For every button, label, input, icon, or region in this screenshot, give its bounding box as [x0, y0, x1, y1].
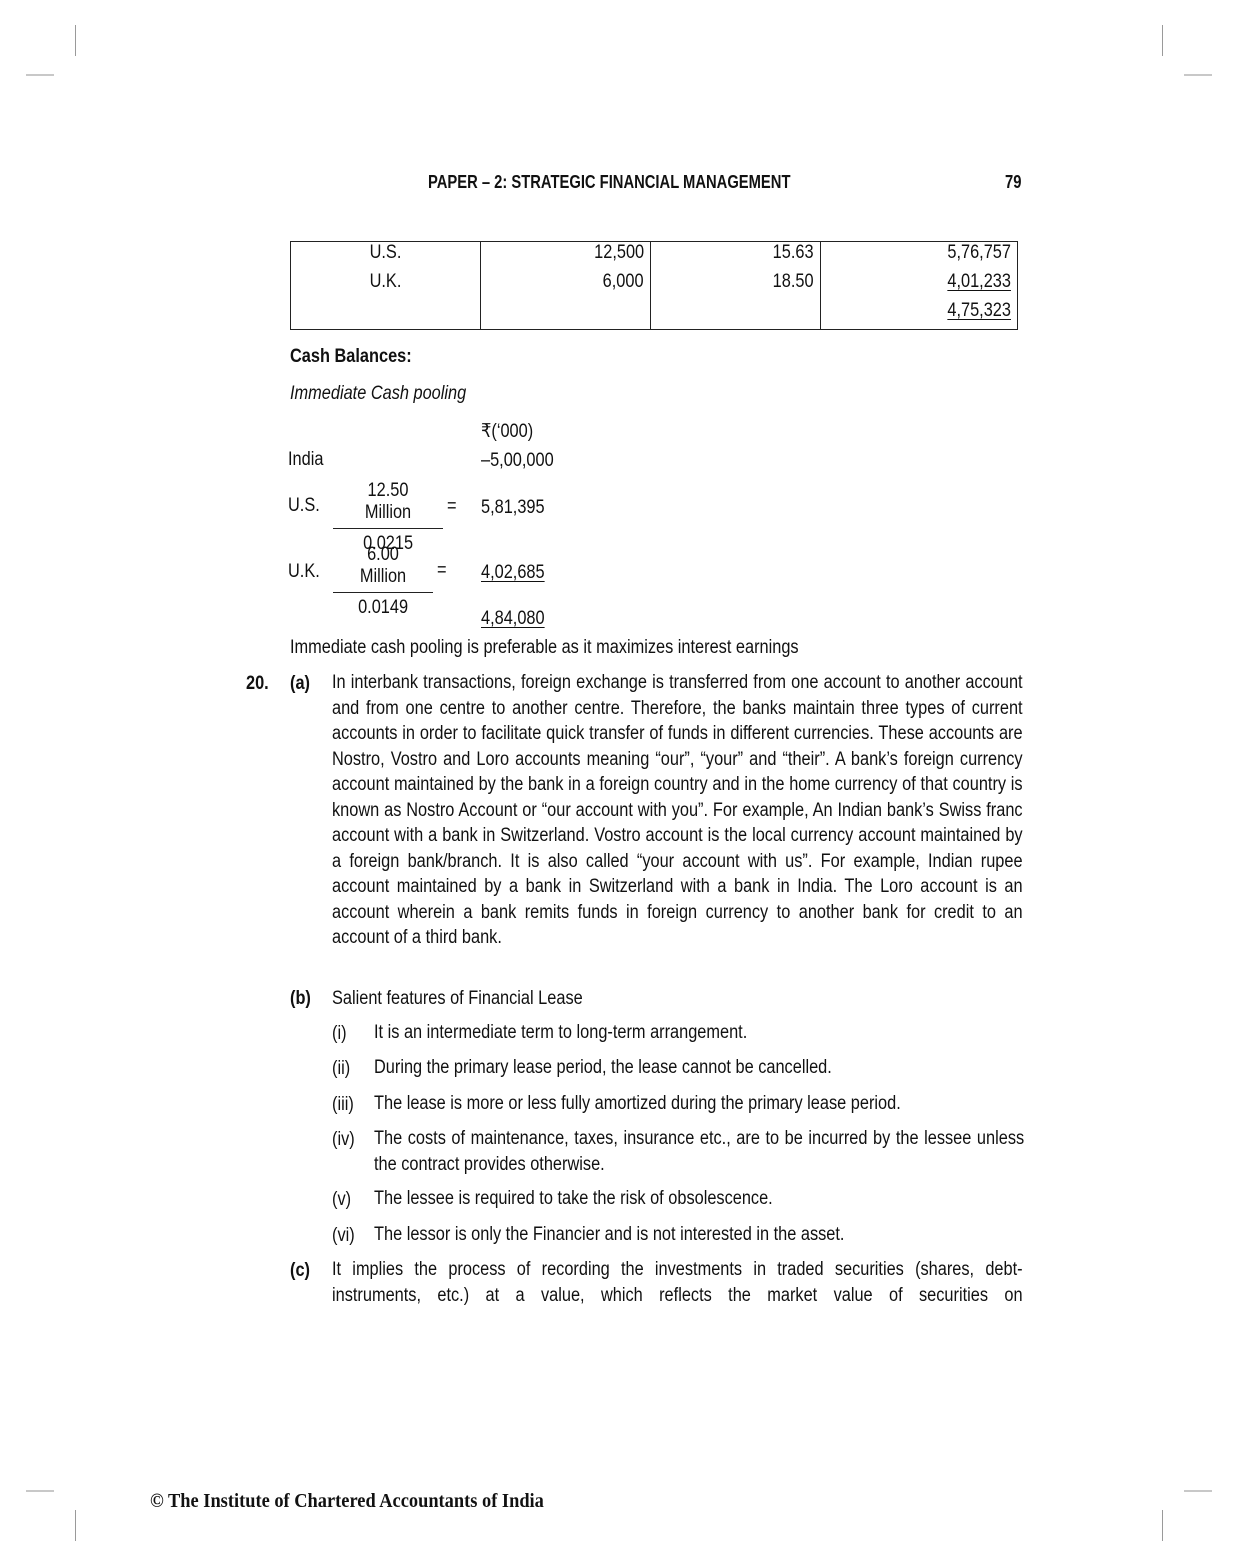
table-row: U.K. 6,000 18.50 4,01,233 — [291, 271, 1018, 300]
uk-value: 4,02,685 — [481, 562, 545, 584]
section-subheading: Immediate Cash pooling — [290, 383, 466, 405]
crop-mark — [1184, 1490, 1212, 1492]
part-b-title: Salient features of Financial Lease — [332, 988, 583, 1010]
part-c-text: It implies the process of recording the … — [332, 1257, 1022, 1308]
equals-sign: = — [447, 496, 457, 518]
list-item-number: (ii) — [332, 1058, 350, 1080]
part-a-label: (a) — [290, 673, 310, 695]
uk-numerator: 6.00 Million — [342, 544, 425, 588]
running-header-title: PAPER – 2: STRATEGIC FINANCIAL MANAGEMEN… — [428, 172, 790, 193]
table-cell: 15.63 — [773, 242, 814, 264]
table-cell: 5,76,757 — [947, 242, 1011, 264]
page-number: 79 — [1005, 172, 1021, 193]
crop-mark — [26, 74, 54, 76]
us-numerator: 12.50 Million — [342, 480, 433, 524]
question-number: 20. — [246, 673, 269, 695]
conclusion-text: Immediate cash pooling is preferable as … — [290, 637, 799, 659]
table-cell: U.K. — [370, 271, 402, 293]
list-item: The costs of maintenance, taxes, insuran… — [374, 1126, 1024, 1177]
india-label: India — [288, 449, 323, 471]
unit-label: ₹(‘000) — [481, 420, 533, 443]
table-cell: 12,500 — [594, 242, 644, 264]
footer-copyright: © The Institute of Chartered Accountants… — [150, 1490, 544, 1513]
table-cell: 6,000 — [603, 271, 644, 293]
table-cell: 18.50 — [773, 271, 814, 293]
crop-mark — [75, 1510, 76, 1541]
crop-mark — [1162, 25, 1163, 56]
part-b-label: (b) — [290, 988, 311, 1010]
list-item-number: (vi) — [332, 1225, 355, 1247]
list-item-number: (iv) — [332, 1129, 355, 1151]
crop-mark — [75, 25, 76, 56]
uk-label: U.K. — [288, 561, 320, 583]
conversion-table: U.S. 12,500 15.63 5,76,757 U.K. 6,000 18… — [290, 241, 1018, 330]
list-item: It is an intermediate term to long-term … — [374, 1020, 1024, 1046]
list-item-number: (iii) — [332, 1094, 354, 1116]
list-item: During the primary lease period, the lea… — [374, 1055, 1024, 1081]
list-item: The lessee is required to take the risk … — [374, 1186, 1024, 1212]
crop-mark — [26, 1490, 54, 1492]
table-cell: U.S. — [370, 242, 402, 264]
part-c-label: (c) — [290, 1260, 310, 1282]
list-item: The lessor is only the Financier and is … — [374, 1222, 1024, 1248]
section-heading: Cash Balances: — [290, 346, 412, 368]
india-value: –5,00,000 — [481, 450, 554, 472]
crop-mark — [1162, 1510, 1163, 1541]
table-total: 4,75,323 — [947, 300, 1011, 322]
table-row: U.S. 12,500 15.63 5,76,757 — [291, 242, 1018, 272]
list-item-number: (v) — [332, 1189, 351, 1211]
us-value: 5,81,395 — [481, 497, 545, 519]
total-value: 4,84,080 — [481, 608, 545, 630]
table-row: 4,75,323 — [291, 300, 1018, 330]
uk-denominator: 0.0149 — [358, 597, 408, 619]
part-a-text: In interbank transactions, foreign excha… — [332, 670, 1022, 951]
equals-sign: = — [437, 560, 447, 582]
table-cell: 4,01,233 — [947, 271, 1011, 293]
list-item: The lease is more or less fully amortize… — [374, 1091, 1024, 1117]
uk-fraction: 6.00 Million 0.0149 — [333, 544, 433, 619]
list-item-number: (i) — [332, 1023, 347, 1045]
crop-mark — [1184, 74, 1212, 76]
us-label: U.S. — [288, 495, 320, 517]
